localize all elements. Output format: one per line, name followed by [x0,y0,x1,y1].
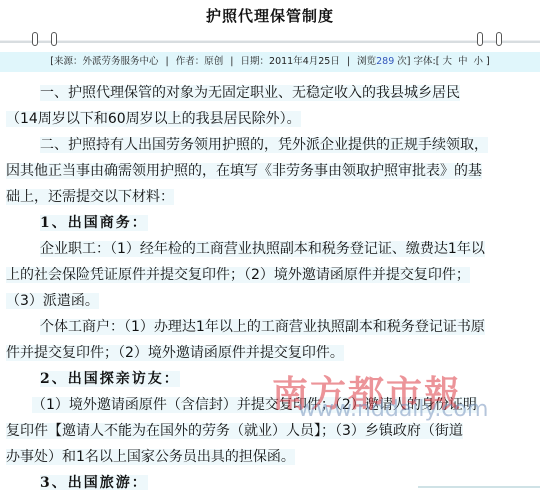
views-count: 289 [376,56,394,67]
paragraph-line: 一、护照代理保管的对象为无固定职业、无稳定收入的我县城乡居民 [6,80,536,106]
paragraph-line: （3）派遣函。 [6,288,536,314]
font-size-close: ] [486,56,490,67]
section-heading: 1、出国商务： [6,210,536,236]
paragraph-line: 个体工商户：（1）办理达1年以上的工商营业执照副本和税务登记证书原 [6,314,536,340]
paragraph-line: 复印件【邀请人不能为在国外的劳务（就业）人员】；（3）乡镇政府（街道 [6,418,536,444]
scrollbar-edge [418,486,540,488]
paragraph-line: 件并提交复印件；（2）境外邀请函原件并提交复印件。 [6,340,536,366]
paragraph-line: （1）境外邀请函原件（含信封）并提交复印件；（2）邀请人的身份证明 [6,392,536,418]
font-size-small-link[interactable]: 小 [473,56,483,67]
author-label: 作者：原创 [176,56,224,67]
font-size-large-link[interactable]: 大 [442,56,452,67]
paragraph-line: 办事处）和1名以上国家公务员出具的担保函。 [6,444,536,470]
paragraph-line: 因其他正当事由确需领用护照的，在填写《非劳务事由领取护照审批表》的基 [6,158,536,184]
section-heading: 2、出国探亲访友： [6,366,536,392]
paragraph-line: （14周岁以下和60周岁以上的我县居民除外）。 [6,106,536,132]
paragraph-line: 上的社会保险凭证原件并提交复印件；（2）境外邀请函原件并提交复印件； [6,262,536,288]
views-suffix: 次] [394,56,410,67]
paperclip-icon [496,32,502,46]
paragraph-line: 二、护照持有人出国劳务领用护照的，凭外派企业提供的正规手续领取， [6,132,536,158]
views-prefix: 浏览 [357,56,376,67]
date-label: 日期：2011年4月25日 [241,56,340,67]
separator: | [166,56,169,67]
font-size-medium-link[interactable]: 中 [458,56,468,67]
paragraph-line: 企业职工：（1）经年检的工商营业执照副本和税务登记证、缴费达1年以 [6,236,536,262]
paperclip-icon [477,32,483,46]
paperclip-icon [51,32,57,46]
title-divider [0,40,540,43]
article-meta-bar: [来源：外派劳务服务中心 | 作者：原创 | 日期：2011年4月25日 | 浏… [0,52,540,72]
separator: | [347,56,350,67]
page-title: 护照代理保管制度 [0,5,540,26]
paperclip-icon [32,32,38,46]
source-label: [来源：外派劳务服务中心 [50,56,158,67]
separator: | [230,56,233,67]
paragraph-line: 础上，还需提交以下材料： [6,184,536,210]
article-body: 一、护照代理保管的对象为无固定职业、无稳定收入的我县城乡居民 （14周岁以下和6… [6,80,536,490]
font-size-label: 字体:[ [414,56,440,67]
